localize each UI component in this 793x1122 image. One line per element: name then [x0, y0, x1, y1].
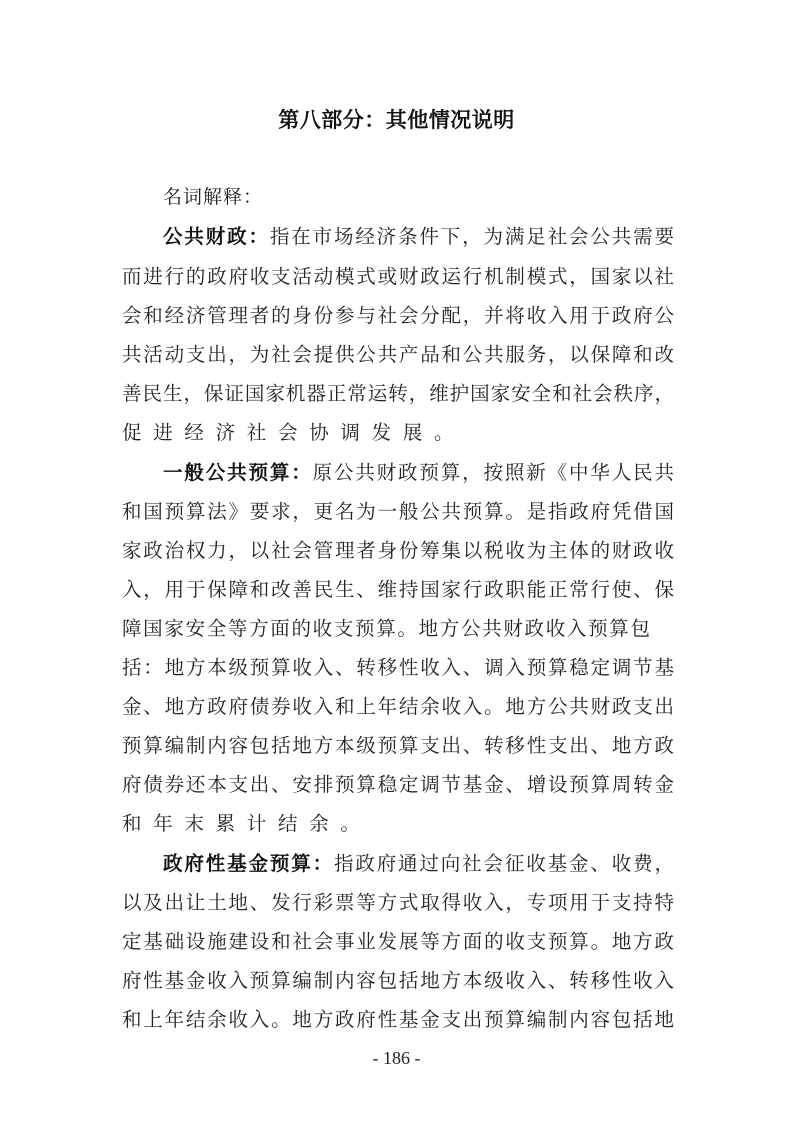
paragraph-line: 善民生，保证国家机器正常运转，维护国家安全和社会秩序， — [122, 379, 674, 409]
paragraph-line: 政府性基金预算：指政府通过向社会征收基金、收费， — [163, 849, 674, 879]
paragraph-line: 括：地方本级预算收入、转移性收入、调入预算稳定调节基 — [122, 653, 674, 683]
paragraph-line: 障国家安全等方面的收支预算。地方公共财政收入预算包 — [122, 614, 650, 644]
paragraph-line: 促进经济社会协调发展。 — [122, 418, 674, 448]
paragraph-line: 和国预算法》要求，更名为一般公共预算。是指政府凭借国 — [122, 497, 674, 527]
paragraph-line: 会和经济管理者的身份参与社会分配，并将收入用于政府公 — [122, 301, 674, 331]
glossary-term: 公共财政： — [163, 225, 270, 248]
paragraph-line: 而进行的政府收支活动模式或财政运行机制模式，国家以社 — [122, 262, 674, 292]
paragraph-line: 府性基金收入预算编制内容包括地方本级收入、转移性收入 — [122, 966, 674, 996]
paragraph-line: 府债券还本支出、安排预算稳定调节基金、增设预算周转金 — [122, 770, 674, 800]
page-title: 第八部分：其他情况说明 — [0, 104, 793, 134]
paragraph-line: 和上年结余收入。地方政府性基金支出预算编制内容包括地 — [122, 1005, 674, 1035]
glossary-term: 一般公共预算： — [163, 461, 313, 484]
paragraph-line: 和年末累计结余。 — [122, 809, 674, 839]
paragraph-line: 金、地方政府债券收入和上年结余收入。地方公共财政支出 — [122, 692, 674, 722]
page-number: - 186 - — [0, 1048, 793, 1069]
paragraph-line: 定基础设施建设和社会事业发展等方面的收支预算。地方政 — [122, 927, 674, 957]
paragraph-line: 公共财政：指在市场经济条件下，为满足社会公共需要 — [163, 222, 674, 252]
paragraph-line: 以及出让土地、发行彩票等方式取得收入，专项用于支持特 — [122, 888, 674, 918]
paragraph-line: 家政治权力，以社会管理者身份筹集以税收为主体的财政收 — [122, 536, 674, 566]
glossary-heading: 名词解释： — [163, 182, 263, 209]
paragraph-line: 共活动支出，为社会提供公共产品和公共服务，以保障和改 — [122, 340, 674, 370]
glossary-term: 政府性基金预算： — [163, 852, 334, 875]
paragraph-line: 一般公共预算：原公共财政预算，按照新《中华人民共 — [163, 458, 674, 488]
paragraph-line: 预算编制内容包括地方本级预算支出、转移性支出、地方政 — [122, 731, 674, 761]
paragraph-line: 入，用于保障和改善民生、维持国家行政职能正常行使、保 — [122, 575, 674, 605]
